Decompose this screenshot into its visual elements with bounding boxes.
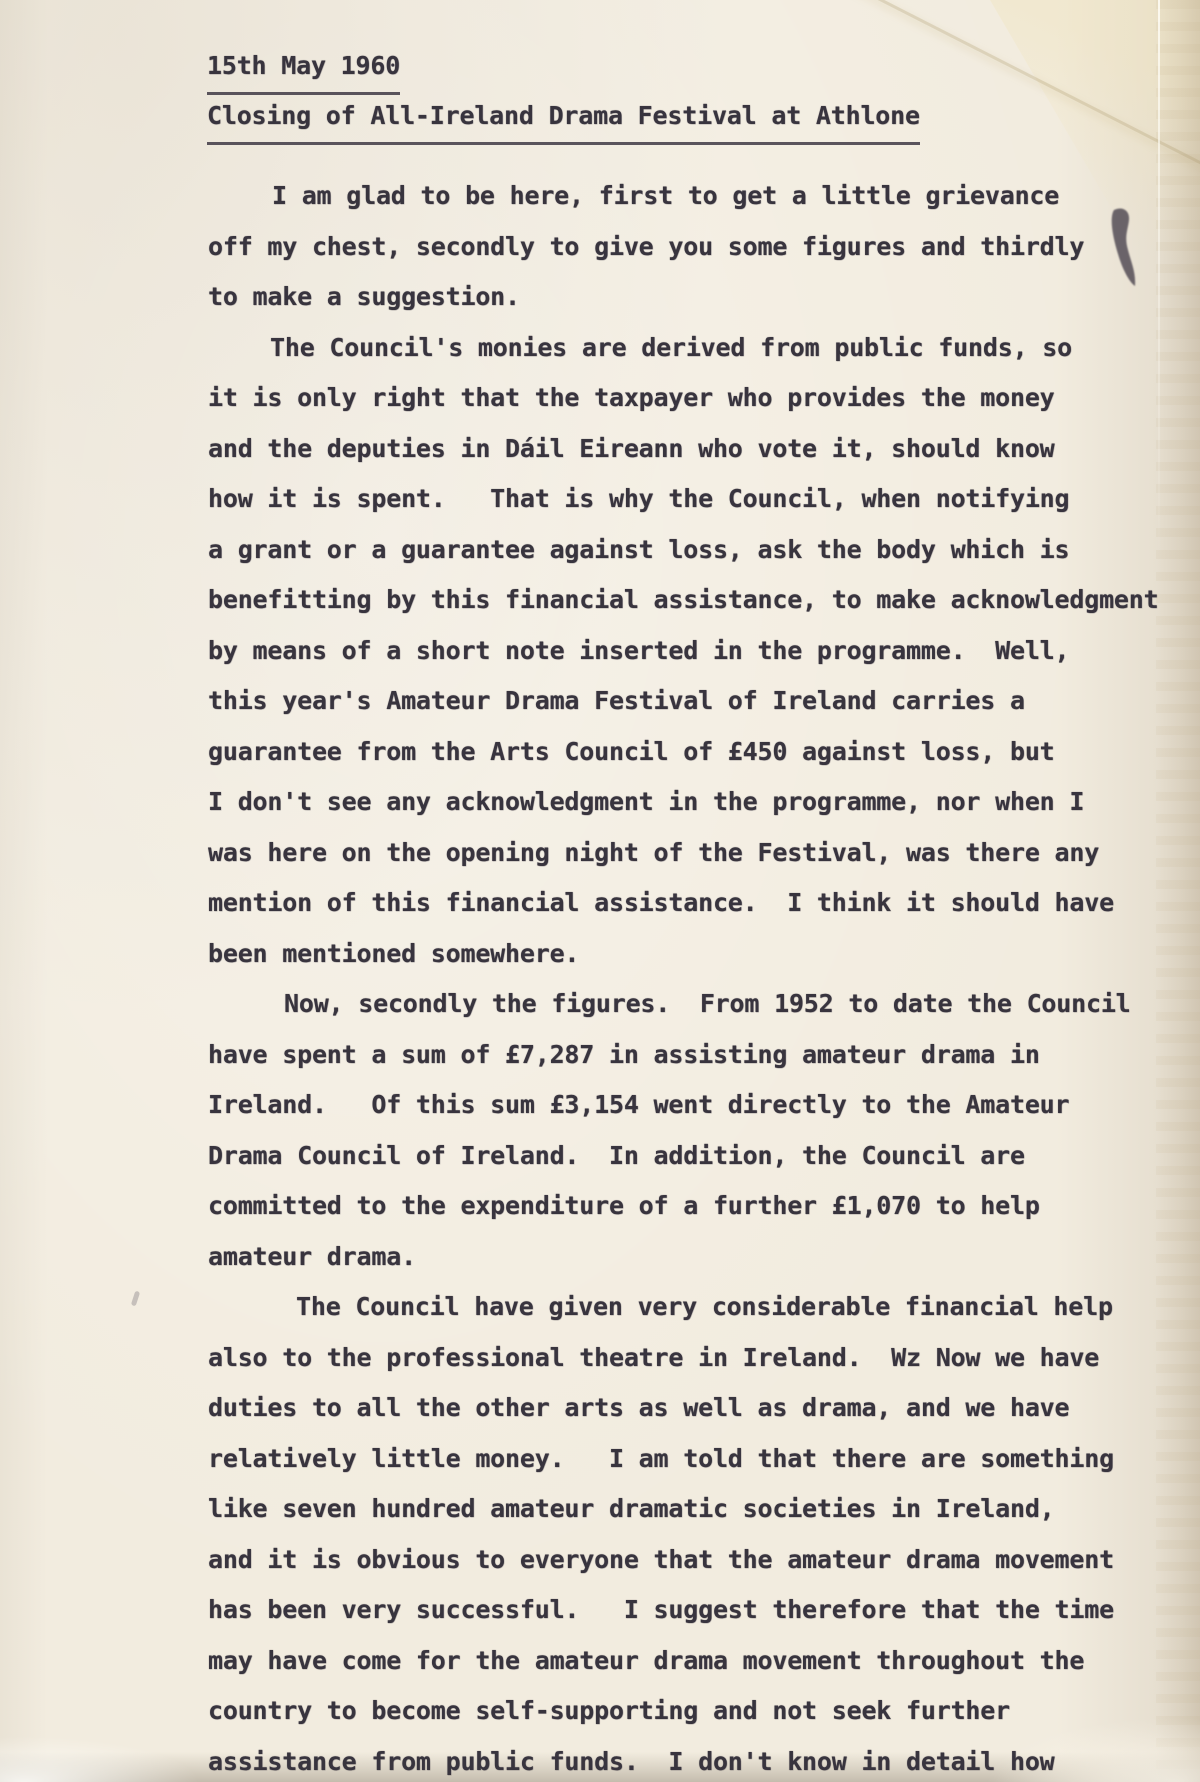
text-line: committed to the expenditure of a furthe… bbox=[208, 1181, 1158, 1232]
text-line: off my chest, secondly to give you some … bbox=[208, 222, 1158, 273]
text-line: and it is obvious to everyone that the a… bbox=[208, 1535, 1158, 1586]
document-page: 15th May 1960 Closing of All-Ireland Dra… bbox=[0, 0, 1200, 1782]
text-line: been mentioned somewhere. bbox=[208, 929, 1158, 980]
text-line: and the deputies in Dáil Eireann who vot… bbox=[208, 424, 1158, 475]
text-line: I am glad to be here, first to get a lit… bbox=[208, 171, 1158, 222]
text-line: this year's Amateur Drama Festival of Ir… bbox=[208, 676, 1158, 727]
date-heading-line: 15th May 1960 bbox=[207, 41, 920, 91]
text-line: The Council have given very considerable… bbox=[208, 1282, 1158, 1333]
ink-smudge-icon bbox=[1100, 206, 1144, 296]
text-line: has been very successful. I suggest ther… bbox=[208, 1585, 1158, 1636]
text-line: how it is spent. That is why the Council… bbox=[208, 474, 1158, 525]
text-line: it is only right that the taxpayer who p… bbox=[208, 373, 1158, 424]
text-line: a grant or a guarantee against loss, ask… bbox=[208, 525, 1158, 576]
text-line: The Council's monies are derived from pu… bbox=[208, 323, 1158, 374]
text-line: like seven hundred amateur dramatic soci… bbox=[208, 1484, 1158, 1535]
text-line: may have come for the amateur drama move… bbox=[208, 1636, 1158, 1687]
text-line: Drama Council of Ireland. In addition, t… bbox=[208, 1131, 1158, 1182]
text-line: to make a suggestion. bbox=[208, 272, 1158, 323]
text-line: was here on the opening night of the Fes… bbox=[208, 828, 1158, 879]
text-line: Ireland. Of this sum £3,154 went directl… bbox=[208, 1080, 1158, 1131]
text-line: Now, secondly the figures. From 1952 to … bbox=[208, 979, 1158, 1030]
text-line: duties to all the other arts as well as … bbox=[208, 1383, 1158, 1434]
paper-right-edge bbox=[1156, 0, 1200, 1782]
text-line: guarantee from the Arts Council of £450 … bbox=[208, 727, 1158, 778]
text-line: relatively little money. I am told that … bbox=[208, 1434, 1158, 1485]
paper-speck bbox=[131, 1291, 140, 1307]
text-line: benefitting by this financial assistance… bbox=[208, 575, 1158, 626]
title-heading: Closing of All-Ireland Drama Festival at… bbox=[207, 91, 920, 145]
text-line: assistance from public funds. I don't kn… bbox=[208, 1737, 1158, 1782]
text-line: have spent a sum of £7,287 in assisting … bbox=[208, 1030, 1158, 1081]
document-headings: 15th May 1960 Closing of All-Ireland Dra… bbox=[207, 41, 920, 141]
document-body: I am glad to be here, first to get a lit… bbox=[208, 171, 1158, 1782]
text-line: country to become self-supporting and no… bbox=[208, 1686, 1158, 1737]
text-line: amateur drama. bbox=[208, 1232, 1158, 1283]
text-line: mention of this financial assistance. I … bbox=[208, 878, 1158, 929]
date-heading: 15th May 1960 bbox=[207, 41, 400, 95]
text-line: also to the professional theatre in Irel… bbox=[208, 1333, 1158, 1384]
text-line: by means of a short note inserted in the… bbox=[208, 626, 1158, 677]
title-heading-line: Closing of All-Ireland Drama Festival at… bbox=[207, 91, 920, 141]
paper-corner-bottom-left bbox=[0, 1736, 200, 1782]
text-line: I don't see any acknowledgment in the pr… bbox=[208, 777, 1158, 828]
